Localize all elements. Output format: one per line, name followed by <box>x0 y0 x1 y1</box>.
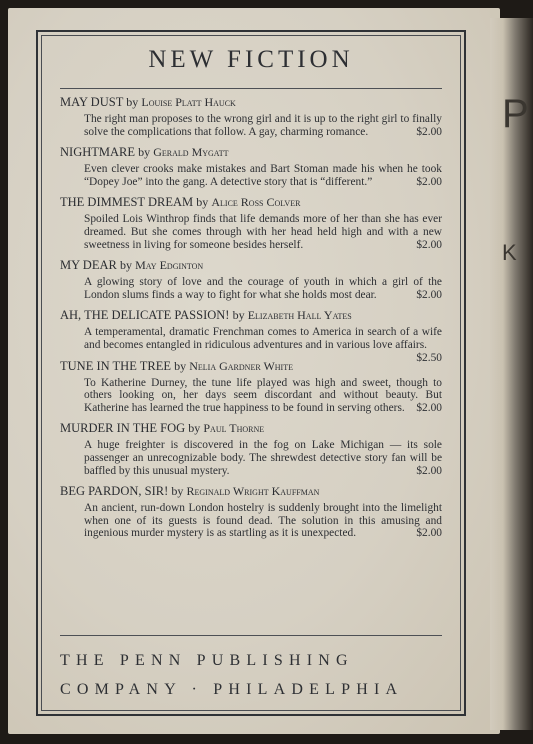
book-title: THE DIMMEST DREAM <box>60 195 193 209</box>
book-entry: BEG PARDON, SIR! by Reginald Wright Kauf… <box>60 484 442 540</box>
by-label: by <box>188 421 200 435</box>
book-author: Gerald Mygatt <box>153 145 228 159</box>
divider <box>60 88 442 89</box>
description-text: The right man proposes to the wrong girl… <box>84 113 442 138</box>
book-price: $2.00 <box>416 465 442 478</box>
book-heading: NIGHTMARE by Gerald Mygatt <box>60 145 442 160</box>
book-title: BEG PARDON, SIR! <box>60 484 168 498</box>
book-price: $2.00 <box>416 289 442 302</box>
book-price: $2.00 <box>416 176 442 189</box>
book-description: To Katherine Durney, the tune life playe… <box>84 377 442 415</box>
book-entry: NIGHTMARE by Gerald Mygatt Even clever c… <box>60 145 442 188</box>
book-entry: MURDER IN THE FOG by Paul Thorne A huge … <box>60 421 442 477</box>
by-label: by <box>138 145 150 159</box>
publisher-location: COMPANY · PHILADELPHIA <box>60 681 442 699</box>
spine-letter: K <box>502 240 517 266</box>
by-label: by <box>120 258 132 272</box>
by-label: by <box>196 195 208 209</box>
description-text: An ancient, run-down London hostelry is … <box>84 502 442 539</box>
by-label: by <box>174 359 186 373</box>
book-title: MURDER IN THE FOG <box>60 421 185 435</box>
description-text: A glowing story of love and the courage … <box>84 276 442 301</box>
book-heading: AH, THE DELICATE PASSION! by Elizabeth H… <box>60 308 442 323</box>
book-title: TUNE IN THE TREE <box>60 359 171 373</box>
book-heading: TUNE IN THE TREE by Nelia Gardner White <box>60 359 442 374</box>
book-description: A glowing story of love and the courage … <box>84 276 442 301</box>
description-text: A huge freighter is discovered in the fo… <box>84 439 442 476</box>
by-label: by <box>126 95 138 109</box>
book-heading: MY DEAR by May Edginton <box>60 258 442 273</box>
book-author: Louise Platt Hauck <box>141 95 235 109</box>
book-price: $2.00 <box>416 126 442 139</box>
book-price: $2.00 <box>416 527 442 540</box>
divider <box>60 635 442 636</box>
book-entry: TUNE IN THE TREE by Nelia Gardner White … <box>60 359 442 415</box>
border-frame: NEW FICTION MAY DUST by Louise Platt Hau… <box>36 30 466 716</box>
book-title: MAY DUST <box>60 95 123 109</box>
page-title: NEW FICTION <box>38 46 464 74</box>
book-description: A temperamental, dramatic Frenchman come… <box>84 326 442 351</box>
book-entry: THE DIMMEST DREAM by Alice Ross Colver S… <box>60 195 442 251</box>
description-text: Even clever crooks make mistakes and Bar… <box>84 163 442 188</box>
book-entry: AH, THE DELICATE PASSION! by Elizabeth H… <box>60 308 442 351</box>
book-description: A huge freighter is discovered in the fo… <box>84 439 442 477</box>
description-text: To Katherine Durney, the tune life playe… <box>84 377 442 414</box>
description-text: A temperamental, dramatic Frenchman come… <box>84 326 442 351</box>
description-text: Spoiled Lois Winthrop finds that life de… <box>84 213 442 250</box>
book-price: $2.00 <box>416 402 442 415</box>
book-description: Spoiled Lois Winthrop finds that life de… <box>84 213 442 251</box>
book-price: $2.50 <box>416 352 442 365</box>
book-heading: THE DIMMEST DREAM by Alice Ross Colver <box>60 195 442 210</box>
book-description: Even clever crooks make mistakes and Bar… <box>84 163 442 188</box>
book-price: $2.00 <box>416 239 442 252</box>
book-heading: BEG PARDON, SIR! by Reginald Wright Kauf… <box>60 484 442 499</box>
book-author: Reginald Wright Kauffman <box>187 484 320 498</box>
book-title: NIGHTMARE <box>60 145 135 159</box>
book-author: Elizabeth Hall Yates <box>248 308 352 322</box>
book-author: May Edginton <box>135 258 203 272</box>
book-author: Paul Thorne <box>203 421 264 435</box>
book-author: Alice Ross Colver <box>211 195 300 209</box>
book-heading: MAY DUST by Louise Platt Hauck <box>60 95 442 110</box>
by-label: by <box>233 308 245 322</box>
book-title: MY DEAR <box>60 258 117 272</box>
publisher-name: THE PENN PUBLISHING <box>60 652 442 670</box>
book-entry: MAY DUST by Louise Platt Hauck The right… <box>60 95 442 138</box>
spine-letter: P <box>502 92 529 137</box>
book-title: AH, THE DELICATE PASSION! <box>60 308 229 322</box>
book-description: An ancient, run-down London hostelry is … <box>84 502 442 540</box>
book-entry: MY DEAR by May Edginton A glowing story … <box>60 258 442 301</box>
book-description: The right man proposes to the wrong girl… <box>84 113 442 138</box>
book-heading: MURDER IN THE FOG by Paul Thorne <box>60 421 442 436</box>
book-list: MAY DUST by Louise Platt Hauck The right… <box>60 95 442 547</box>
book-author: Nelia Gardner White <box>189 359 293 373</box>
by-label: by <box>171 484 183 498</box>
